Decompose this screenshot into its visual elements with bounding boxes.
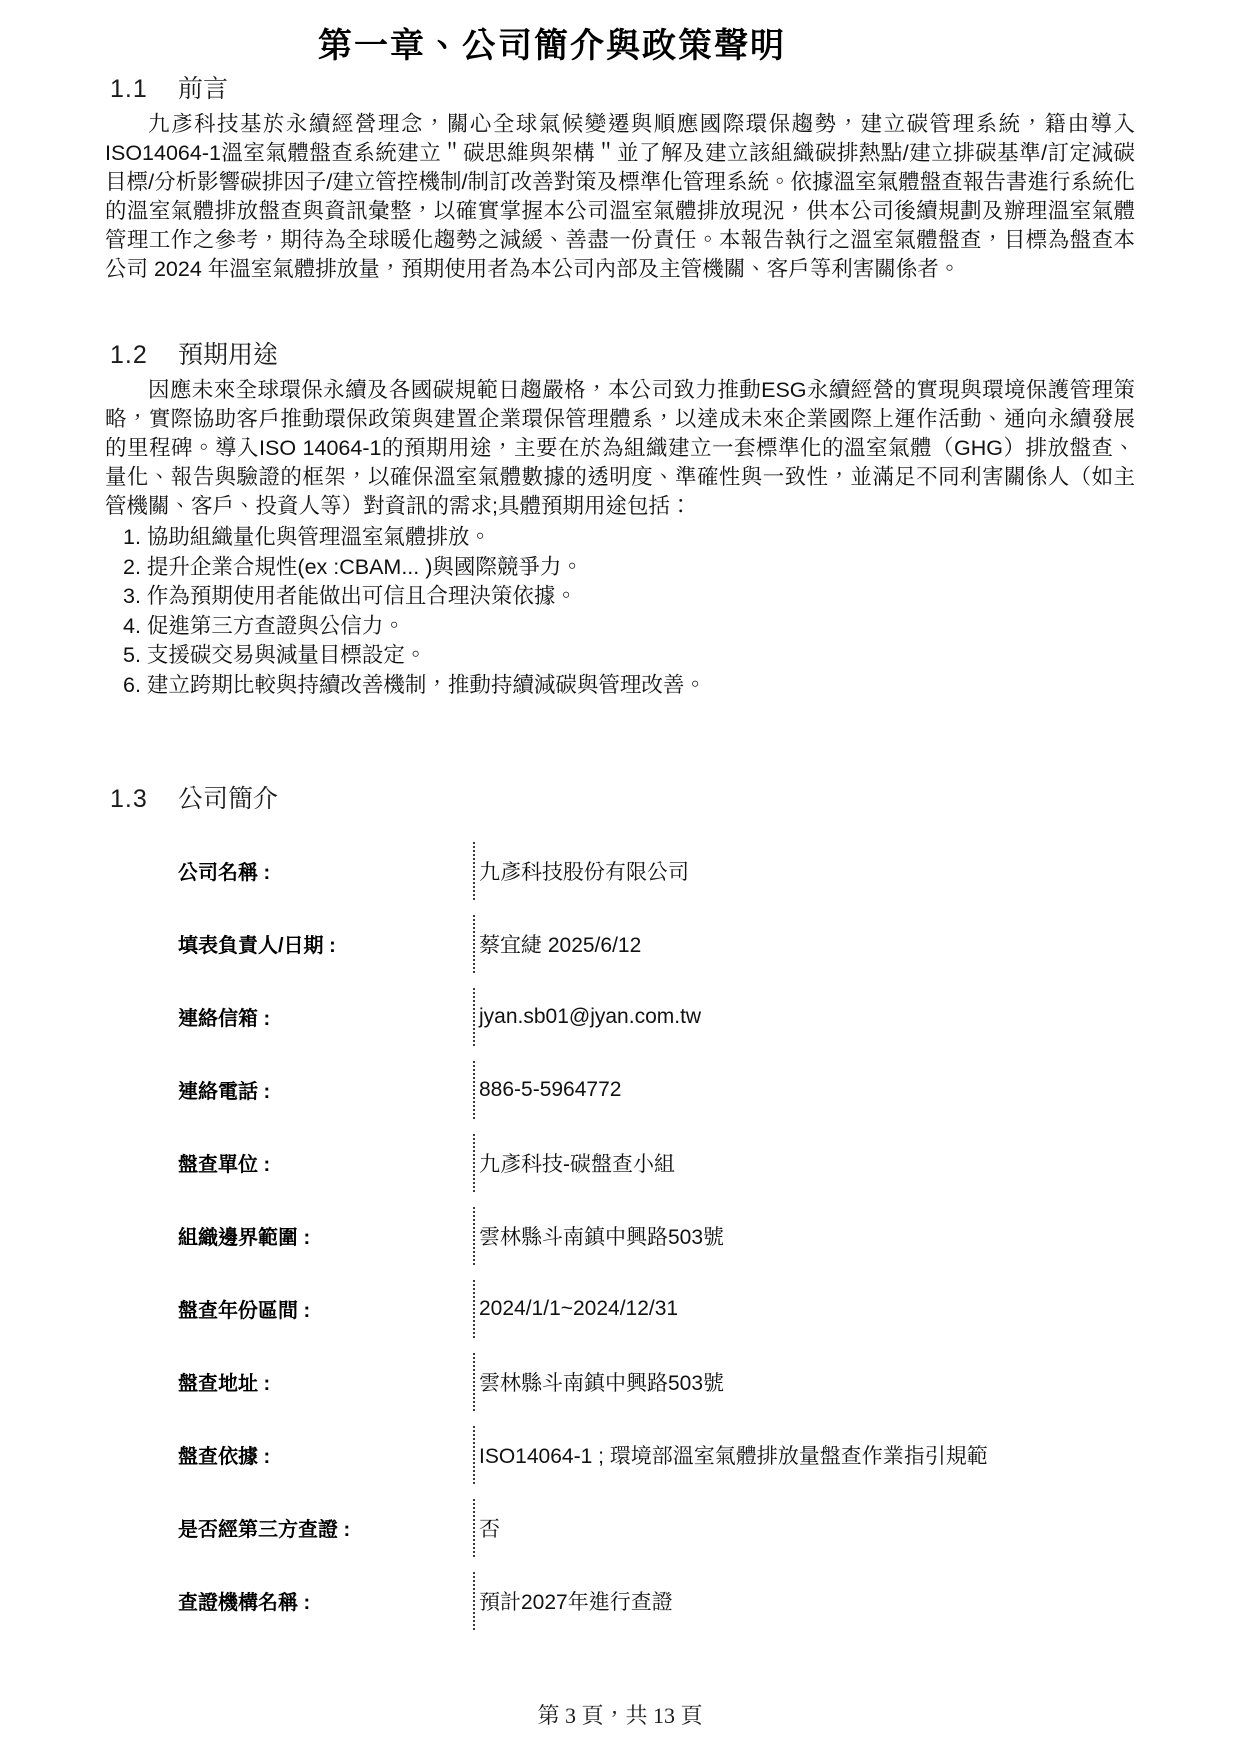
section-title: 預期用途 [178, 340, 278, 370]
form-row-contact-phone: 連絡電話 : 886-5-5964772 [178, 1053, 1135, 1126]
document-page: 第一章、公司簡介與政策聲明 1.1 前言 九彥科技基於永續經營理念，關心全球氣候… [0, 0, 1240, 1754]
page-number-footer: 第 3 頁，共 13 頁 [0, 1699, 1240, 1730]
form-value: 預計2027年進行查證 [473, 1572, 673, 1630]
purpose-item: 1. 協助組織量化與管理溫室氣體排放。 [123, 523, 1135, 553]
section-title: 公司簡介 [178, 784, 278, 814]
section-number: 1.1 [110, 74, 178, 104]
form-row-inventory-period: 盤查年份區間 : 2024/1/1~2024/12/31 [178, 1272, 1135, 1345]
section-heading-1-1: 1.1 前言 [105, 74, 1135, 104]
form-label: 查證機構名稱 : [178, 1586, 473, 1615]
company-info-form: 公司名稱 : 九彥科技股份有限公司 填表負責人/日期 : 蔡宜緁 2025/6/… [178, 834, 1135, 1637]
form-row-third-party-verified: 是否經第三方查證 : 否 [178, 1491, 1135, 1564]
purpose-item: 3. 作為預期使用者能做出可信且合理決策依據。 [123, 582, 1135, 612]
form-row-inventory-address: 盤查地址 : 雲林縣斗南鎮中興路503號 [178, 1345, 1135, 1418]
form-label: 公司名稱 : [178, 856, 473, 885]
form-value: 九彥科技股份有限公司 [473, 842, 689, 900]
form-value: 雲林縣斗南鎮中興路503號 [473, 1353, 724, 1411]
form-value: 2024/1/1~2024/12/31 [473, 1280, 678, 1338]
form-value: jyan.sb01@jyan.com.tw [473, 988, 701, 1046]
section-number: 1.3 [110, 784, 178, 814]
form-label: 連絡電話 : [178, 1075, 473, 1104]
form-value: 886-5-5964772 [473, 1061, 621, 1119]
form-label: 盤查依據 : [178, 1440, 473, 1469]
form-value: 蔡宜緁 2025/6/12 [473, 915, 641, 973]
purpose-paragraph: 因應未來全球環保永續及各國碳規範日趨嚴格，本公司致力推動ESG永續經營的實現與環… [105, 376, 1135, 521]
form-row-inventory-unit: 盤查單位 : 九彥科技-碳盤查小組 [178, 1126, 1135, 1199]
form-row-verification-body: 查證機構名稱 : 預計2027年進行查證 [178, 1564, 1135, 1637]
form-value: 否 [473, 1499, 500, 1557]
form-value: 九彥科技-碳盤查小組 [473, 1134, 675, 1192]
form-value: ISO14064-1 ; 環境部溫室氣體排放量盤查作業指引規範 [473, 1426, 988, 1484]
form-row-contact-email: 連絡信箱 : jyan.sb01@jyan.com.tw [178, 980, 1135, 1053]
purpose-item: 2. 提升企業合規性(ex :CBAM... )與國際競爭力。 [123, 553, 1135, 583]
section-heading-1-2: 1.2 預期用途 [105, 340, 1135, 370]
form-label: 盤查單位 : [178, 1148, 473, 1177]
purpose-item: 4. 促進第三方查證與公信力。 [123, 612, 1135, 642]
form-row-org-boundary: 組織邊界範圍 : 雲林縣斗南鎮中興路503號 [178, 1199, 1135, 1272]
document-content: 第一章、公司簡介與政策聲明 1.1 前言 九彥科技基於永續經營理念，關心全球氣候… [0, 22, 1240, 1637]
purpose-list: 1. 協助組織量化與管理溫室氣體排放。 2. 提升企業合規性(ex :CBAM.… [123, 523, 1135, 700]
section-heading-1-3: 1.3 公司簡介 [105, 784, 1135, 814]
form-row-company-name: 公司名稱 : 九彥科技股份有限公司 [178, 834, 1135, 907]
form-label: 填表負責人/日期 : [178, 929, 473, 958]
purpose-item: 6. 建立跨期比較與持續改善機制，推動持續減碳與管理改善。 [123, 671, 1135, 701]
form-value: 雲林縣斗南鎮中興路503號 [473, 1207, 724, 1265]
section-title: 前言 [178, 74, 228, 104]
document-title: 第一章、公司簡介與政策聲明 [105, 22, 999, 70]
section-number: 1.2 [110, 340, 178, 370]
form-row-filler-date: 填表負責人/日期 : 蔡宜緁 2025/6/12 [178, 907, 1135, 980]
intro-paragraph: 九彥科技基於永續經營理念，關心全球氣候變遷與順應國際環保趨勢，建立碳管理系統，籍… [105, 110, 1135, 284]
form-label: 盤查年份區間 : [178, 1294, 473, 1323]
form-row-inventory-basis: 盤查依據 : ISO14064-1 ; 環境部溫室氣體排放量盤查作業指引規範 [178, 1418, 1135, 1491]
form-label: 是否經第三方查證 : [178, 1513, 473, 1542]
form-label: 組織邊界範圍 : [178, 1221, 473, 1250]
form-label: 連絡信箱 : [178, 1002, 473, 1031]
form-label: 盤查地址 : [178, 1367, 473, 1396]
purpose-item: 5. 支援碳交易與減量目標設定。 [123, 641, 1135, 671]
